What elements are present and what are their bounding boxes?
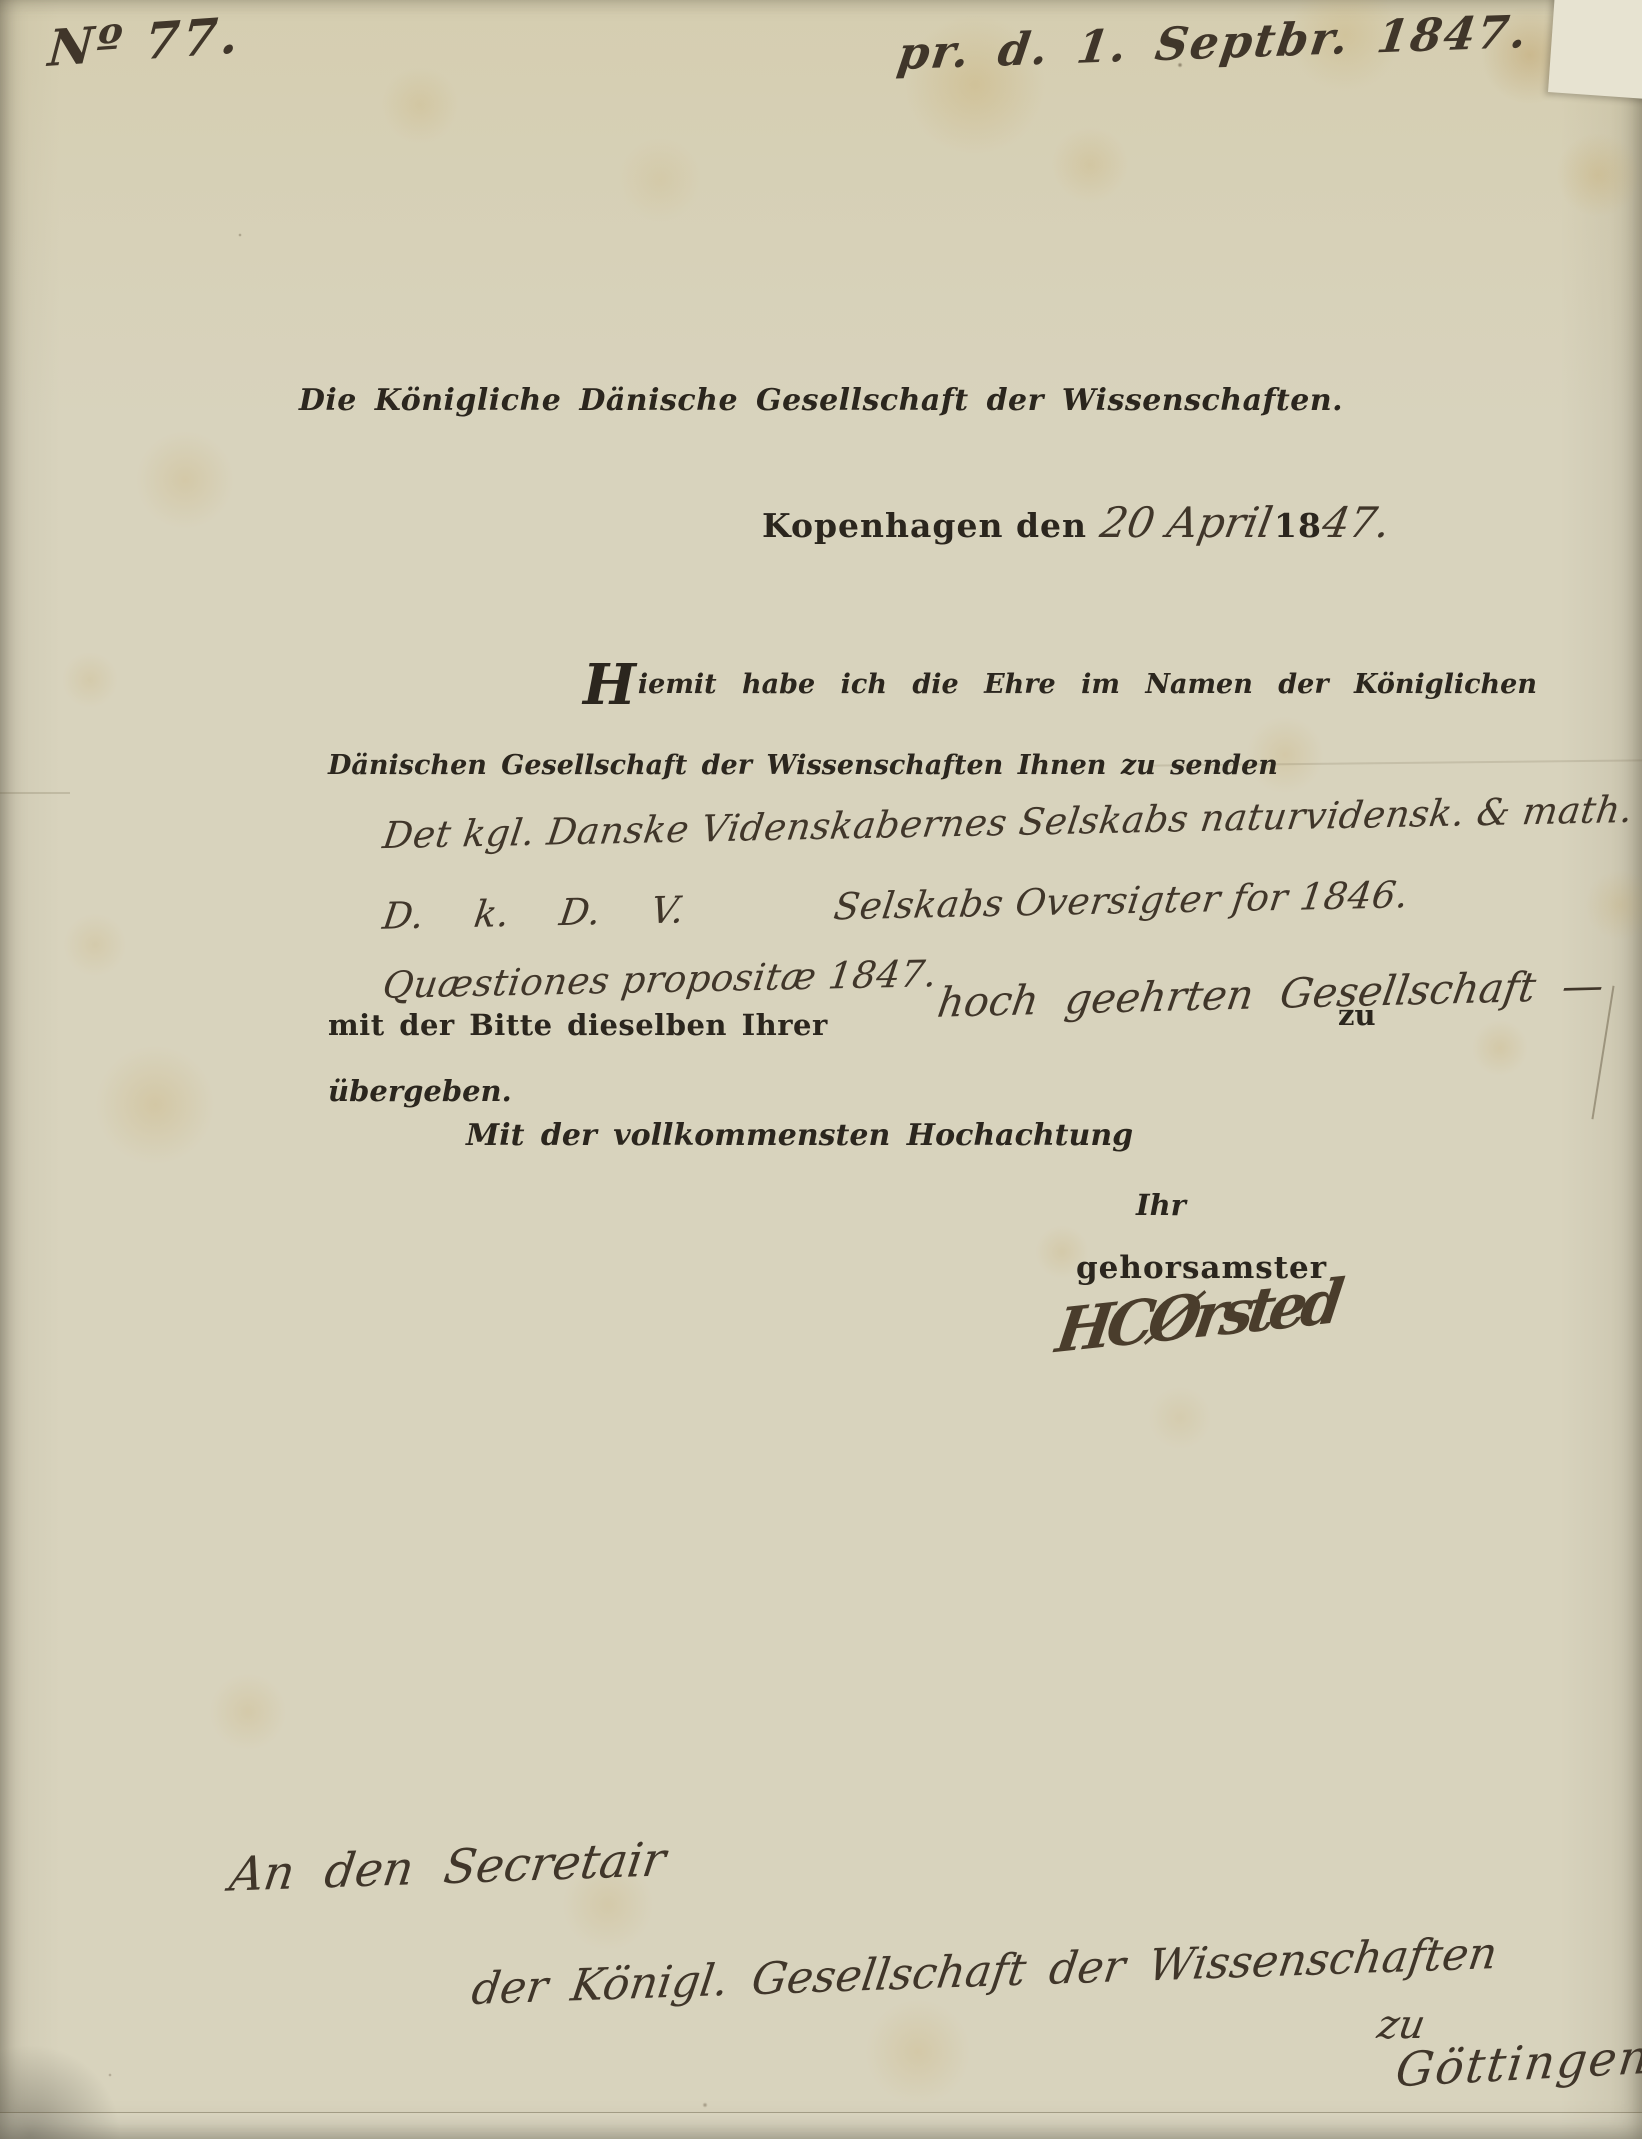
address-place: Göttingen. xyxy=(1393,2029,1642,2099)
sent-item-3: Quæstiones propositæ 1847. xyxy=(380,952,940,1007)
address-line-2: der Königl. Gesellschaft der Wissenschaf… xyxy=(469,1928,1501,2015)
fold-crease-left xyxy=(0,792,70,794)
sent-item-1: Det kgl. Danske Videnskabernes Selskabs … xyxy=(380,782,1642,857)
received-date-note: pr. d. 1. Septbr. 1847. xyxy=(894,5,1532,80)
opening-line-text: iemit habe ich die Ehre im Namen der Kön… xyxy=(638,669,1537,700)
document-number: Nº 77. xyxy=(46,5,243,78)
request-zu: zu xyxy=(1338,998,1376,1032)
opening-line: Hiemit habe ich die Ehre im Namen der Kö… xyxy=(583,652,1537,718)
page-bottom-edge xyxy=(0,2113,1642,2139)
closing-ihr: Ihr xyxy=(1136,1188,1186,1222)
address-line-1: An den Secretair xyxy=(226,1832,669,1902)
request-uebergeben: übergeben. xyxy=(328,1074,512,1108)
sent-item-2: D. k. D. V.Selskabs Oversigter for 1846. xyxy=(380,873,1411,938)
paper-stains xyxy=(0,0,1642,2139)
opening-line-2: Dänischen Gesellschaft der Wissenschafte… xyxy=(328,750,1278,781)
dateline-printed-year-prefix: 18 xyxy=(1274,506,1322,545)
request-printed-text: mit der Bitte dieselben Ihrer xyxy=(328,1008,828,1042)
page-corner-edge xyxy=(1548,0,1642,100)
letterhead-title: Die Königliche Dänische Gesellschaft der… xyxy=(0,383,1642,418)
dateline-handwritten-year-suffix: 47. xyxy=(1319,498,1394,547)
dateline-handwritten-date: 20 April xyxy=(1097,498,1277,547)
closing-salutation: Mit der vollkommensten Hochachtung xyxy=(466,1118,1133,1153)
letter-page: Nº 77. pr. d. 1. Septbr. 1847. Die König… xyxy=(0,0,1642,2139)
dateline: Kopenhagen den20 April1847. xyxy=(762,498,1390,547)
sent-item-2-initials: D. k. D. V. xyxy=(380,888,687,937)
sent-item-2-title: Selskabs Oversigter for 1846. xyxy=(831,873,1411,928)
request-handwritten-text: hoch geehrten Gesellschaft — xyxy=(935,961,1608,1027)
dateline-printed-prefix: Kopenhagen den xyxy=(762,506,1087,545)
drop-cap-h: H xyxy=(583,652,636,718)
